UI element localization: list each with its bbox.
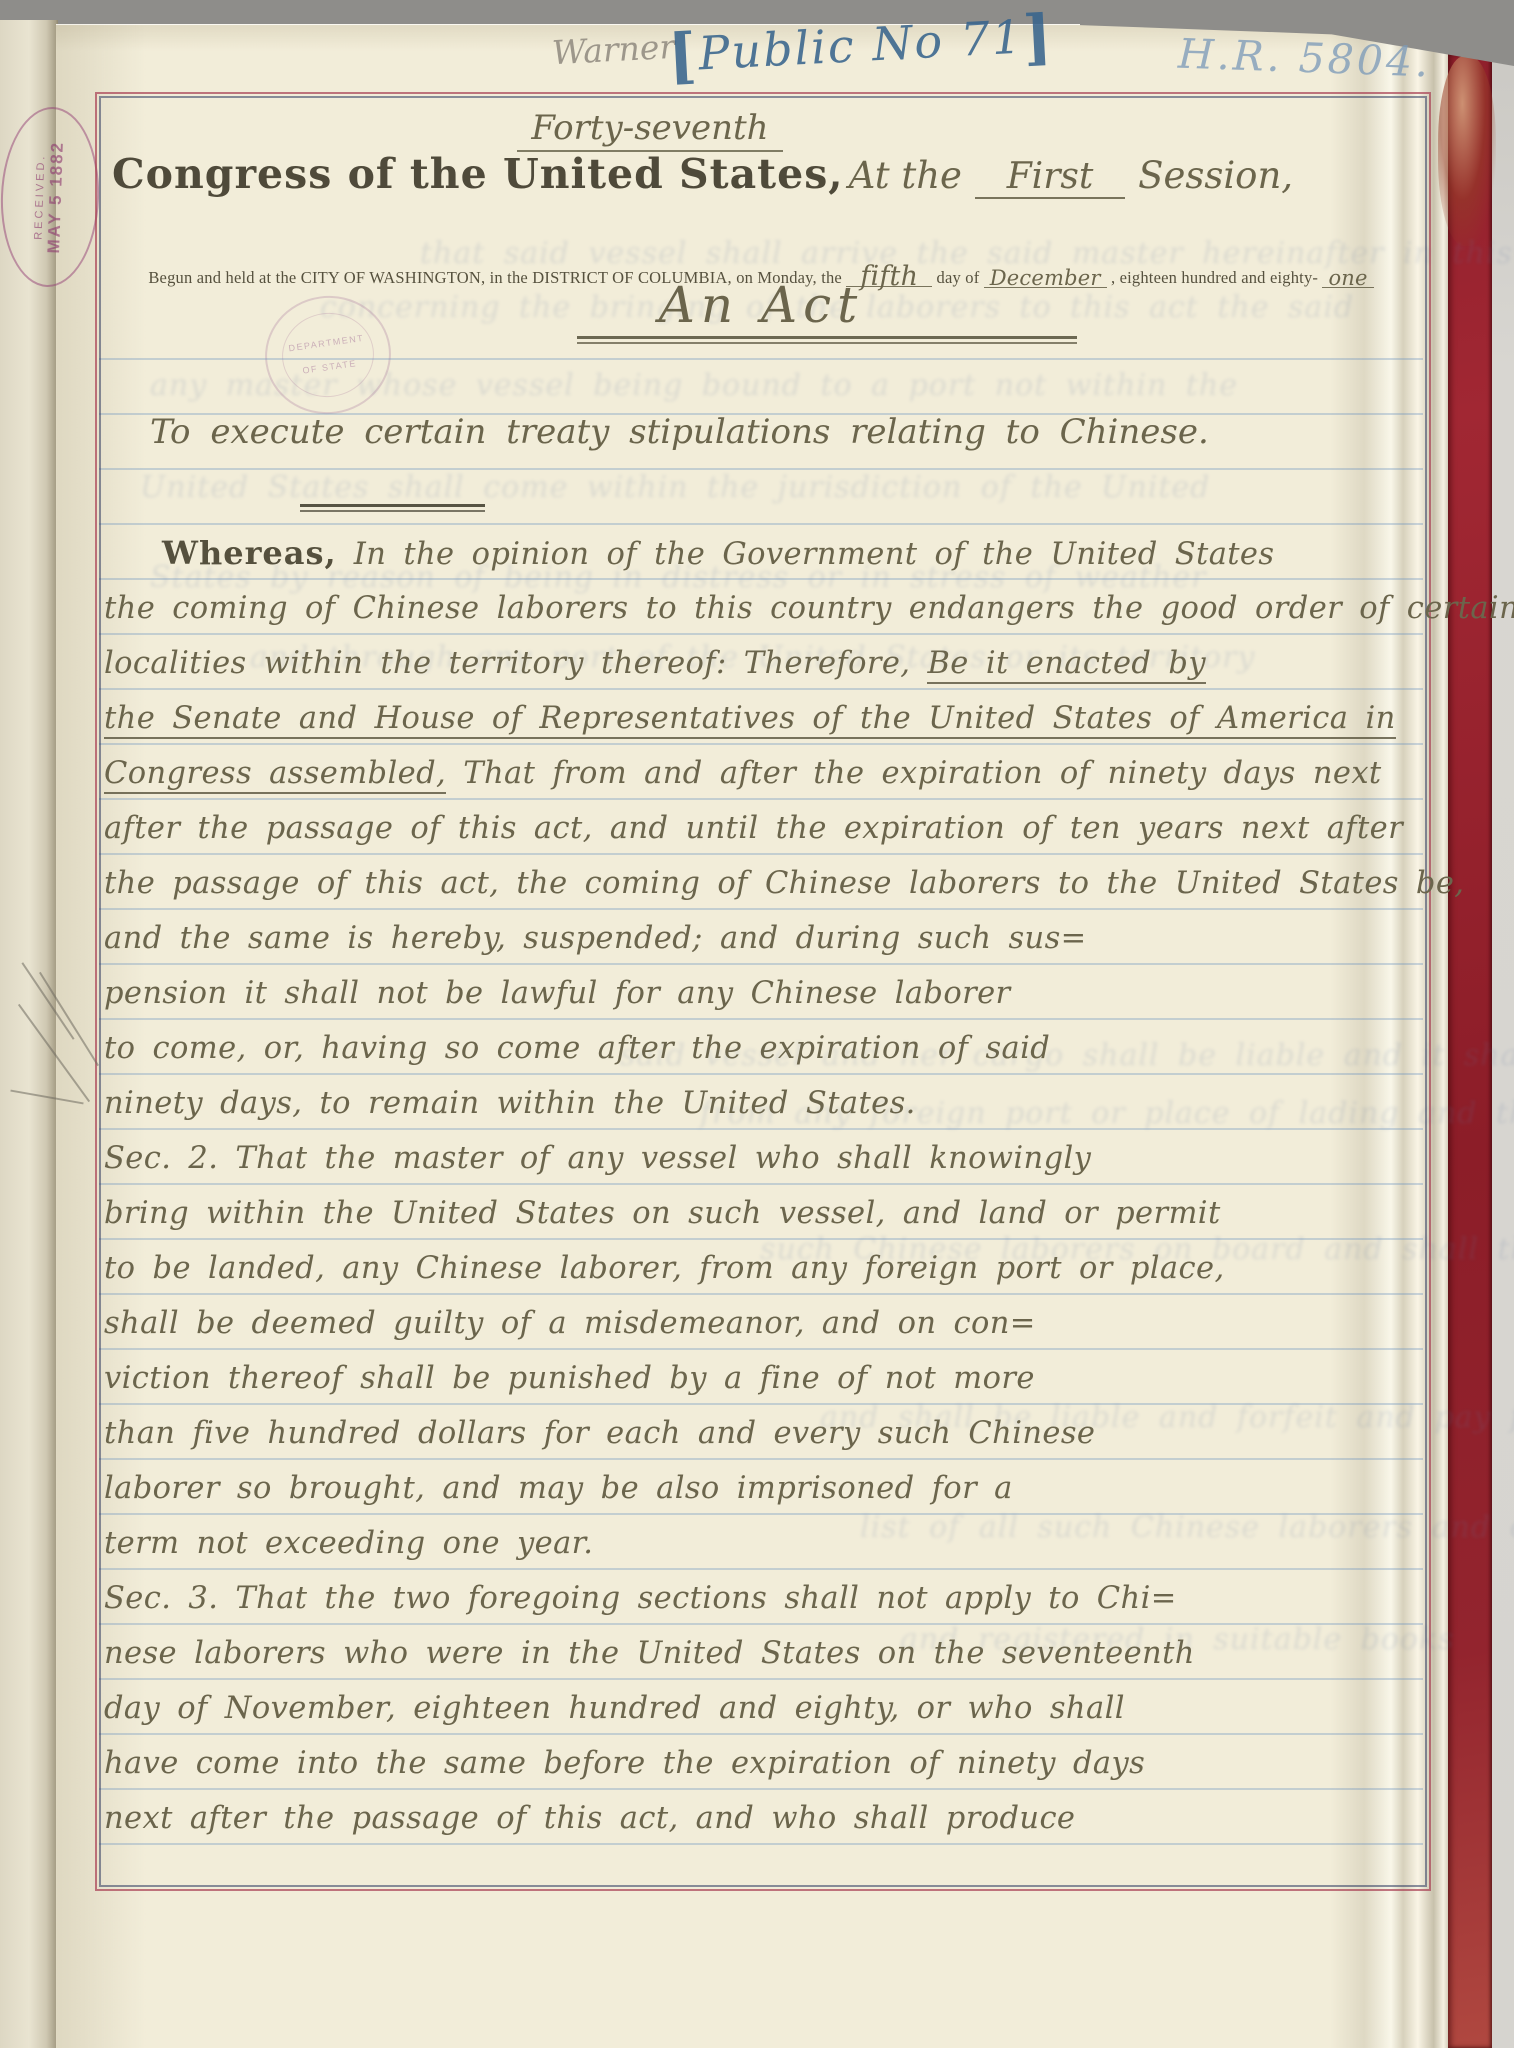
- text-run: bring within the United States on such v…: [104, 1196, 1221, 1231]
- text-run: day of November, eighteen hundred and ei…: [104, 1691, 1125, 1726]
- act-text-line: the passage of this act, the coming of C…: [104, 856, 1426, 911]
- text-run: next after the passage of this act, and …: [104, 1801, 1075, 1836]
- act-text-line: next after the passage of this act, and …: [104, 1791, 1426, 1846]
- act-text-line: after the passage of this act, and until…: [104, 801, 1426, 856]
- text-run: to come, or, having so come after the ex…: [104, 1031, 1050, 1066]
- congress-ordinal: Forty-seventh: [400, 108, 900, 148]
- text-run: the coming of Chinese laborers to this c…: [104, 591, 1514, 626]
- photographed-document-page: that said vessel shall arrive the said m…: [0, 0, 1514, 2048]
- act-text-line: shall be deemed guilty of a misdemeanor,…: [104, 1296, 1426, 1351]
- previous-page-edge: [0, 20, 58, 2048]
- act-text-line: the Senate and House of Representatives …: [104, 691, 1426, 746]
- act-text-line: Sec. 2. That the master of any vessel wh…: [104, 1131, 1426, 1186]
- session-number-blank: First: [975, 156, 1125, 199]
- act-text-line: than five hundred dollars for each and e…: [104, 1406, 1426, 1461]
- text-run: laborer so brought, and may be also impr…: [104, 1471, 1013, 1506]
- act-text-line: ninety days, to remain within the United…: [104, 1076, 1426, 1131]
- underlined-text: the Senate and House of Representatives …: [104, 701, 1396, 739]
- congress-ordinal-text: Forty-seventh: [517, 108, 782, 152]
- act-subject-line: To execute certain treaty stipulations r…: [150, 412, 1209, 452]
- act-text-line: localities within the territory thereof:…: [104, 636, 1426, 691]
- act-text-line: to be landed, any Chinese laborer, from …: [104, 1241, 1426, 1296]
- act-text-line: pension it shall not be lawful for any C…: [104, 966, 1426, 1021]
- congress-title: Congress of the United States,: [112, 150, 844, 198]
- text-run: the passage of this act, the coming of C…: [104, 866, 1464, 901]
- act-text-line: Congress assembled, That from and after …: [104, 746, 1426, 801]
- text-run: after the passage of this act, and until…: [104, 811, 1403, 846]
- text-run: That from and after the expiration of ni…: [446, 756, 1381, 791]
- open-bracket: [: [666, 21, 700, 92]
- act-text-line: term not exceeding one year.: [104, 1516, 1426, 1571]
- received-stamp-oval: RECEIVED. MAY 5 1882: [0, 105, 102, 288]
- text-run: shall be deemed guilty of a misdemeanor,…: [104, 1306, 1036, 1341]
- act-text-line: to come, or, having so come after the ex…: [104, 1021, 1426, 1076]
- session-prefix: At the: [849, 154, 962, 197]
- text-run: pension it shall not be lawful for any C…: [104, 976, 1011, 1011]
- underlined-text: Congress assembled,: [104, 756, 446, 794]
- congress-title-row: Congress of the United States, At the Fi…: [112, 150, 1422, 199]
- act-text-line: have come into the same before the expir…: [104, 1736, 1426, 1791]
- act-text-line: the coming of Chinese laborers to this c…: [104, 581, 1426, 636]
- act-text-line: Sec. 3. That the two foregoing sections …: [104, 1571, 1426, 1626]
- text-run: nese laborers who were in the United Sta…: [104, 1636, 1195, 1671]
- text-run: In the opinion of the Government of the …: [337, 537, 1275, 572]
- received-date-stamp: RECEIVED. MAY 5 1882: [0, 108, 102, 280]
- session-suffix: Session,: [1138, 154, 1293, 197]
- text-run: localities within the territory thereof:…: [104, 646, 927, 681]
- received-stamp-date: MAY 5 1882: [44, 141, 68, 254]
- text-run: have come into the same before the expir…: [104, 1746, 1145, 1781]
- text-run: than five hundred dollars for each and e…: [104, 1416, 1095, 1451]
- binding-worn-corner: [1438, 56, 1496, 246]
- text-run: Sec. 2. That the master of any vessel wh…: [104, 1141, 1091, 1176]
- house-bill-number-annotation: H.R. 5804.: [1177, 30, 1432, 87]
- act-text-line: day of November, eighteen hundred and ei…: [104, 1681, 1426, 1736]
- act-text-line: Whereas, In the opinion of the Governmen…: [162, 526, 1484, 581]
- text-run: and the same is hereby, suspended; and d…: [104, 921, 1087, 956]
- whereas-lead: Whereas,: [162, 534, 337, 572]
- public-law-number-text: Public No 71: [697, 10, 1024, 81]
- act-text-line: nese laborers who were in the United Sta…: [104, 1626, 1426, 1681]
- act-text-line: laborer so brought, and may be also impr…: [104, 1461, 1426, 1516]
- clerk-name-annotation: Warner: [551, 27, 676, 72]
- text-run: Sec. 3. That the two foregoing sections …: [104, 1581, 1177, 1616]
- act-text-line: bring within the United States on such v…: [104, 1186, 1426, 1241]
- act-text-line: viction thereof shall be punished by a f…: [104, 1351, 1426, 1406]
- act-title-double-underline: [577, 336, 1077, 339]
- text-run: viction thereof shall be punished by a f…: [104, 1361, 1035, 1396]
- act-title: An Act: [95, 276, 1427, 334]
- close-bracket: ]: [1021, 2, 1055, 73]
- text-run: ninety days, to remain within the United…: [104, 1086, 916, 1121]
- section-divider-rule: [300, 504, 485, 507]
- act-text-line: and the same is hereby, suspended; and d…: [104, 911, 1426, 966]
- text-run: term not exceeding one year.: [104, 1526, 593, 1561]
- text-run: to be landed, any Chinese laborer, from …: [104, 1251, 1225, 1286]
- underlined-text: Be it enacted by: [927, 646, 1206, 684]
